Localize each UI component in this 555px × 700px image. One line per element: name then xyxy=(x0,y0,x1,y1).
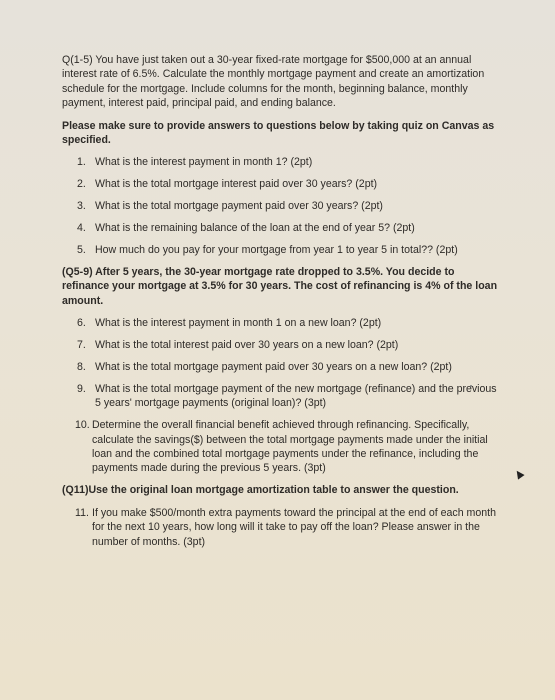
question-item: 11.If you make $500/month extra payments… xyxy=(62,506,502,549)
section3-intro: (Q11)Use the original loan mortgage amor… xyxy=(62,483,502,497)
question-item: 6.What is the interest payment in month … xyxy=(62,316,502,330)
section1-intro: Q(1-5) You have just taken out a 30-year… xyxy=(62,53,502,111)
document-page: Q(1-5) You have just taken out a 30-year… xyxy=(62,53,502,556)
question-item: 9.What is the total mortgage payment of … xyxy=(62,382,502,411)
speck-mark xyxy=(470,385,472,387)
question-item: 4.What is the remaining balance of the l… xyxy=(62,221,502,235)
question-item: 1.What is the interest payment in month … xyxy=(62,155,502,169)
question-item: 3.What is the total mortgage payment pai… xyxy=(62,199,502,213)
canvas-instruction: Please make sure to provide answers to q… xyxy=(62,119,502,148)
question-item: 5.How much do you pay for your mortgage … xyxy=(62,243,502,257)
question-list-1: 1.What is the interest payment in month … xyxy=(62,155,502,257)
question-item: 2.What is the total mortgage interest pa… xyxy=(62,177,502,191)
mouse-cursor-icon xyxy=(513,468,524,479)
section2-intro: (Q5-9) After 5 years, the 30-year mortga… xyxy=(62,265,502,308)
question-item: 10.Determine the overall financial benef… xyxy=(62,418,502,476)
question-list-2b: 10.Determine the overall financial benef… xyxy=(62,418,502,476)
question-item: 7.What is the total interest paid over 3… xyxy=(62,338,502,352)
question-list-2: 6.What is the interest payment in month … xyxy=(62,316,502,411)
question-list-3: 11.If you make $500/month extra payments… xyxy=(62,506,502,549)
question-item: 8.What is the total mortgage payment pai… xyxy=(62,360,502,374)
